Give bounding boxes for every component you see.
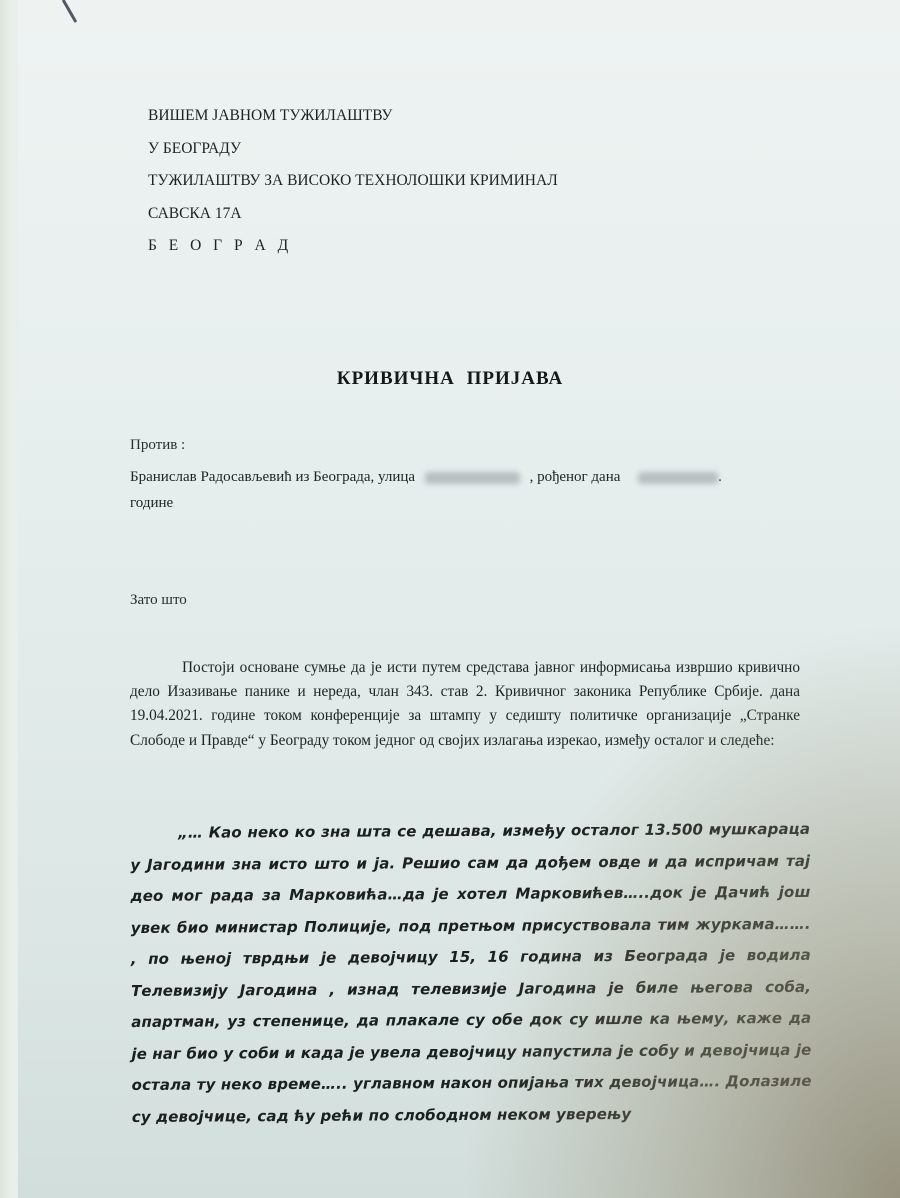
recipient-line-2: У БЕОГРАДУ [148, 139, 558, 172]
allegation-paragraph: Постоји основане сумње да је исти путем … [130, 656, 800, 753]
quoted-statement: „… Као неко ко зна шта се дешава, између… [130, 814, 812, 1133]
recipient-line-5: Б Е О Г Р А Д [148, 236, 558, 269]
pen-mark [62, 0, 78, 23]
year-word: године [130, 495, 173, 511]
born-label: , рођеног дана [530, 469, 621, 485]
recipient-line-3: ТУЖИЛАШТВУ ЗА ВИСОКО ТЕХНОЛОШКИ КРИМИНАЛ [148, 171, 558, 204]
recipient-line-4: САВСКА 17А [148, 204, 558, 237]
redacted-birthdate [638, 472, 718, 484]
document-title: КРИВИЧНА ПРИЈАВА [0, 368, 900, 390]
period: . [718, 469, 722, 485]
accused-person: Бранислав Радосављевић из Београда, улиц… [130, 464, 810, 516]
redacted-street [425, 472, 520, 484]
because-label: Зато што [130, 592, 187, 609]
quote-text: „… Као неко ко зна шта се дешава, између… [130, 820, 811, 1126]
against-label: Против : [130, 437, 185, 454]
recipient-address: ВИШЕМ ЈАВНОМ ТУЖИЛАШТВУ У БЕОГРАДУ ТУЖИЛ… [148, 106, 558, 269]
recipient-line-1: ВИШЕМ ЈАВНОМ ТУЖИЛАШТВУ [148, 106, 558, 139]
person-name: Бранислав Радосављевић из Београда, улиц… [130, 469, 415, 485]
allegation-text: Постоји основане сумње да је исти путем … [130, 659, 800, 749]
